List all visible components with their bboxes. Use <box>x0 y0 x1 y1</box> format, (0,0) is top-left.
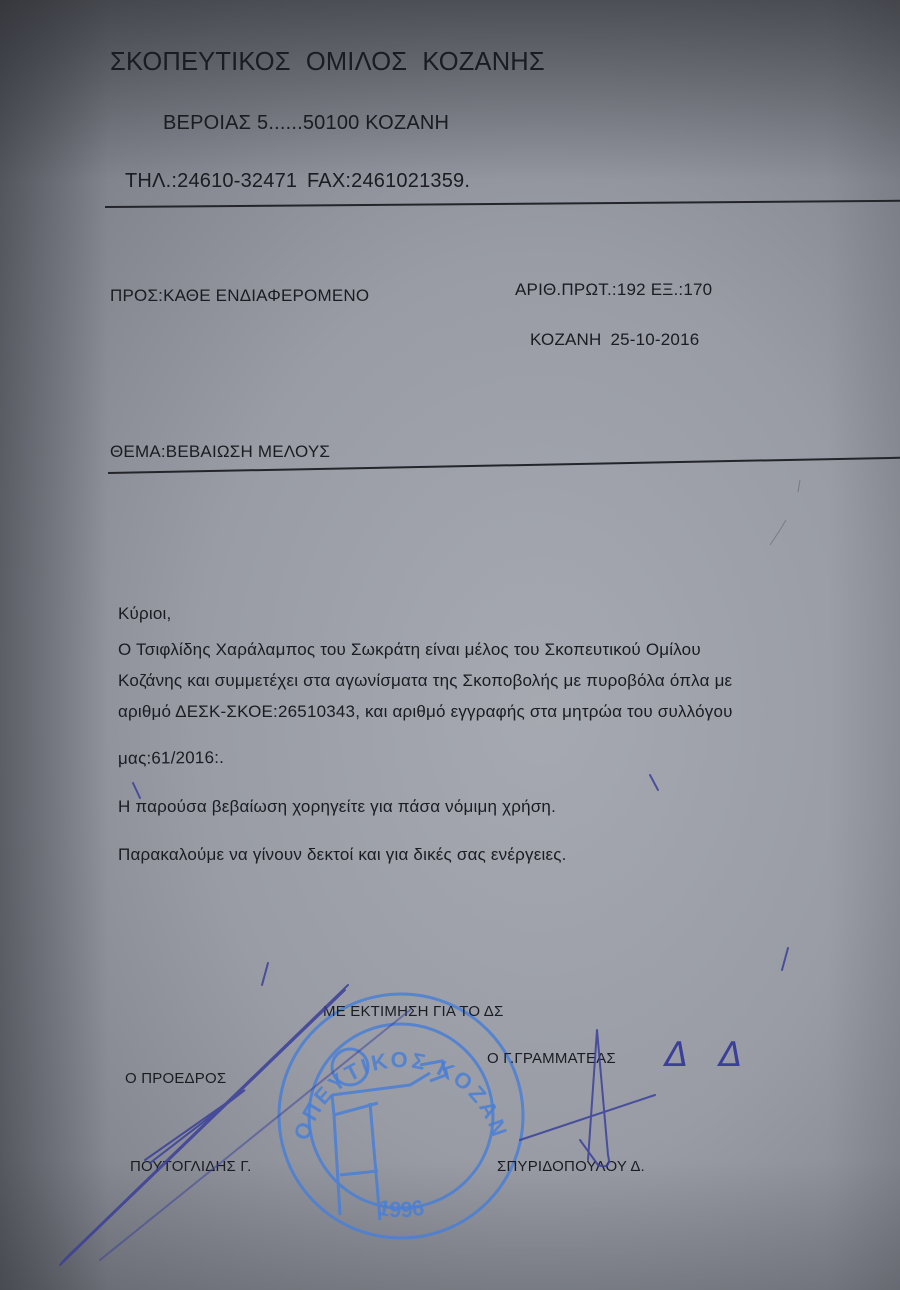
secretary-name: ΣΠΥΡΙΔΟΠΟΥΛΟΥ Δ. <box>497 1158 645 1175</box>
body-paragraph-line: μας:61/2016:. <box>118 748 224 769</box>
greeting: Κύριοι, <box>118 604 171 624</box>
place-date: ΚΟΖΑΝΗ 25-10-2016 <box>530 330 699 350</box>
secretary-title: Ο Γ.ΓΡΑΜΜΑΤΕΑΣ <box>487 1050 616 1067</box>
statement: Η παρούσα βεβαίωση χορηγείτε για πάσα νό… <box>118 797 556 817</box>
body-paragraph-line: Ο Τσιφλίδης Χαράλαμπος του Σωκράτη είναι… <box>118 640 701 660</box>
body-paragraph-line: Κοζάνης και συμμετέχει στα αγωνίσματα τη… <box>118 671 732 691</box>
closing-salutation: ΜΕ ΕΚΤΙΜΗΣΗ ΓΙΑ ΤΟ ΔΣ <box>323 1003 504 1020</box>
closing-request: Παρακαλούμε να γίνουν δεκτοί και για δικ… <box>118 845 567 865</box>
organization-address: ΒΕΡΟΙΑΣ 5......50100 ΚΟΖΑΝΗ <box>163 112 449 135</box>
president-title: Ο ΠΡΟΕΔΡΟΣ <box>125 1070 226 1087</box>
stamp-year: 1996 <box>376 1195 427 1223</box>
organization-name: ΣΚΟΠΕΥΤΙΚΟΣ ΟΜΙΛΟΣ ΚΟΖΑΝΗΣ <box>110 46 545 77</box>
club-stamp: ΣΚΟΠΕΥΤΙΚΟΣ ΚΟΖΑΝΗΣ 1996 <box>270 985 532 1247</box>
protocol-number: ΑΡΙΘ.ΠΡΩΤ.:192 ΕΞ.:170 <box>515 280 712 300</box>
svg-text:1996: 1996 <box>376 1195 427 1223</box>
letterhead-divider <box>105 200 900 208</box>
subject: ΘΕΜΑ:ΒΕΒΑΙΩΣΗ ΜΕΛΟΥΣ <box>110 442 330 462</box>
body-paragraph-line: αριθμό ΔΕΣΚ-ΣΚΟΕ:26510343, και αριθμό εγ… <box>118 702 733 722</box>
secretary-initials: Δ Δ <box>665 1035 752 1075</box>
organization-contact: ΤΗΛ.:24610-32471 FAX:2461021359. <box>125 170 470 193</box>
president-name: ΠΟΥΤΟΓΛΙΔΗΣ Γ. <box>130 1158 252 1175</box>
paper-mark-icon <box>770 520 786 545</box>
recipient: ΠΡΟΣ:ΚΑΘΕ ΕΝΔΙΑΦΕΡΟΜΕΝΟ <box>110 286 369 306</box>
